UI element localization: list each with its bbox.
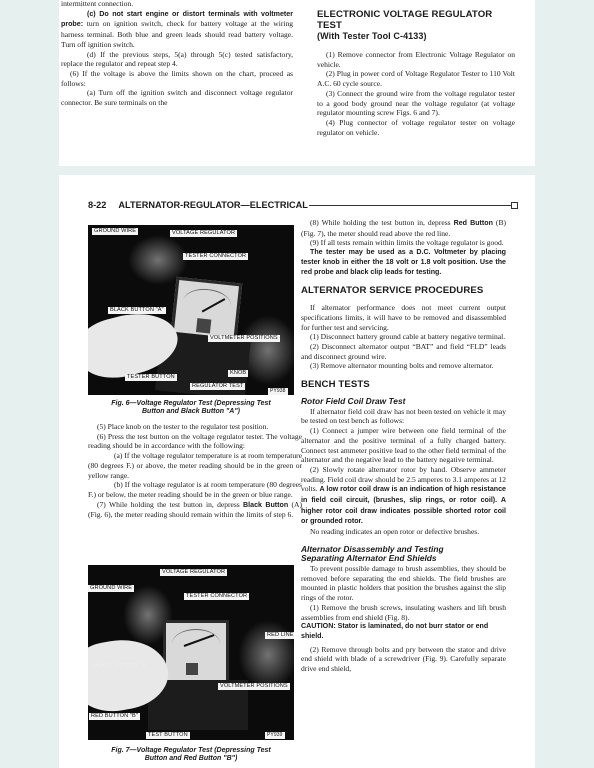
- page1-right-column: ELECTRONIC VOLTAGE REGULATOR TEST (With …: [317, 9, 515, 137]
- page2-left-column: (5) Place knob on the tester to the regu…: [88, 422, 302, 520]
- paragraph: If alternator field coil draw has not be…: [301, 407, 506, 426]
- label-test-button: TEST BUTTON: [146, 732, 190, 739]
- label-ground-wire: GROUND WIRE: [88, 585, 134, 592]
- step: (1) Remove connector from Electronic Vol…: [317, 50, 515, 69]
- step: (2) Slowly rotate alternator rotor by ha…: [301, 465, 506, 527]
- tester-note: The tester may be used as a D.C. Voltmet…: [301, 248, 506, 277]
- chapter-title: ALTERNATOR-REGULATOR—ELECTRICAL: [118, 200, 308, 210]
- step: (2) Remove through bolts and pry between…: [301, 645, 506, 674]
- meter-icon: [163, 620, 229, 688]
- manual-page-previous: intermittent connection. (c) Do not star…: [59, 0, 535, 166]
- step: (5) Place knob on the tester to the regu…: [88, 422, 302, 432]
- step: (7) While holding the test button in, de…: [88, 500, 302, 520]
- caution-note: CAUTION: Stator is laminated, do not bur…: [301, 622, 506, 641]
- step: (1) Disconnect battery ground cable at b…: [301, 332, 506, 342]
- label-voltage-regulator: VOLTAGE REGULATOR: [170, 230, 237, 237]
- step: (3) Connect the ground wire from the vol…: [317, 89, 515, 118]
- step: (2) Disconnect alternator output “BAT” a…: [301, 342, 506, 361]
- label-black-button-a: BLACK BUTTON "A": [108, 307, 166, 314]
- page-number: 8-22: [88, 200, 106, 210]
- section-subheading: (With Tester Tool C-4133): [317, 31, 515, 42]
- label-voltmeter-positions: VOLTMETER POSITIONS: [208, 335, 280, 342]
- label-ground-wire: GROUND WIRE: [92, 228, 138, 235]
- paragraph: If alternator performance does not meet …: [301, 303, 506, 332]
- section-heading: BENCH TESTS: [301, 379, 506, 390]
- label-tester-connector: TESTER CONNECTOR: [183, 253, 248, 260]
- label-red-button-b: RED BUTTON "B": [89, 713, 140, 720]
- label-black-button-a: BLACK BUTTON "A": [92, 663, 150, 670]
- label-voltmeter-positions: VOLTMETER POSITIONS: [218, 683, 290, 690]
- page2-right-column: (8) While holding the test button in, de…: [301, 218, 506, 674]
- section-heading: ALTERNATOR SERVICE PROCEDURES: [301, 285, 506, 296]
- label-voltage-regulator: VOLTAGE REGULATOR: [160, 569, 227, 576]
- step: (9) If all tests remain within limits th…: [301, 238, 506, 248]
- paragraph: (c) Do not start engine or distort termi…: [61, 9, 293, 50]
- substep: (b) If the voltage regulator is at room …: [88, 480, 302, 499]
- manual-page-8-22: 8-22 ALTERNATOR-REGULATOR—ELECTRICAL GRO…: [59, 175, 535, 768]
- step: (3) Remove alternator mounting bolts and…: [301, 361, 506, 371]
- label-tester-button: TESTER BUTTON: [125, 374, 177, 381]
- paragraph: No reading indicates an open rotor or de…: [301, 527, 506, 537]
- running-head: 8-22 ALTERNATOR-REGULATOR—ELECTRICAL: [88, 199, 518, 211]
- header-end-box: [511, 202, 518, 209]
- paragraph: (d) If the previous steps, 5(a) through …: [61, 50, 293, 69]
- page1-left-column: intermittent connection. (c) Do not star…: [59, 0, 293, 108]
- section-heading: ELECTRONIC VOLTAGE REGULATOR TEST: [317, 9, 515, 31]
- paragraph: (6) If the voltage is above the limits s…: [61, 69, 293, 88]
- step: (8) While holding the test button in, de…: [301, 218, 506, 238]
- label-regulator-test: REGULATOR TEST: [190, 383, 245, 390]
- label-red-line: RED LINE: [265, 632, 294, 639]
- paragraph: To prevent possible damage to brush asse…: [301, 564, 506, 603]
- step: (2) Plug in power cord of Voltage Regula…: [317, 69, 515, 88]
- paragraph: intermittent connection.: [61, 0, 293, 9]
- figure-code: PY939: [265, 732, 285, 739]
- step: (4) Plug connector of voltage regulator …: [317, 118, 515, 137]
- figure-code: PY938: [268, 388, 288, 395]
- subsection-heading: Separating Alternator End Shields: [301, 554, 506, 564]
- substep: (a) If the voltage regulator temperature…: [88, 451, 302, 480]
- step: (6) Press the test button on the voltage…: [88, 432, 302, 451]
- header-rule: [309, 205, 511, 206]
- label-tester-connector: TESTER CONNECTOR: [184, 593, 249, 600]
- step: (1) Connect a jumper wire between one fi…: [301, 426, 506, 465]
- figure-6-caption: Fig. 6—Voltage Regulator Test (Depressin…: [88, 400, 294, 417]
- step: (1) Remove the brush screws, insulating …: [301, 603, 506, 622]
- figure-7-caption: Fig. 7—Voltage Regulator Test (Depressin…: [88, 747, 294, 764]
- figure-6-photo: GROUND WIRE VOLTAGE REGULATOR TESTER CON…: [88, 225, 294, 395]
- subsection-heading: Rotor Field Coil Draw Test: [301, 397, 506, 407]
- paragraph: (a) Turn off the ignition switch and dis…: [61, 88, 293, 107]
- label-knob: KNOB: [228, 370, 248, 377]
- figure-7-photo: VOLTAGE REGULATOR GROUND WIRE TESTER CON…: [88, 565, 294, 740]
